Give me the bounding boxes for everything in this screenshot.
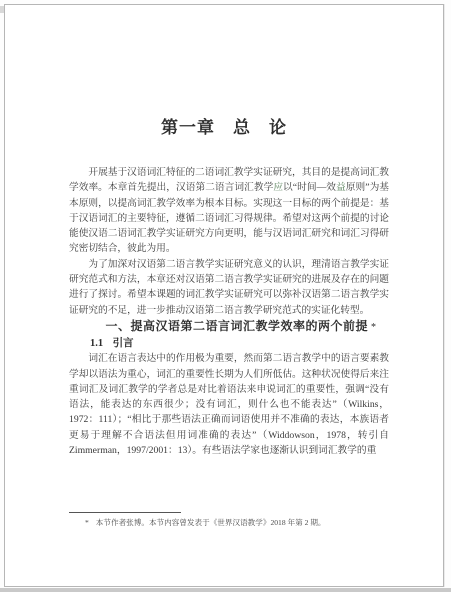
footnote-text: 本节作者张博。本节内容曾发表于《世界汉语教学》2018 年第 2 期。	[96, 518, 326, 527]
section-heading: 一、提高汉语第二语言词汇教学效率的两个前提 *	[69, 318, 389, 336]
subsection-number: 1.1	[90, 338, 103, 349]
paragraph-3: 词汇在语言表达中的作用极为重要，然而第二语言教学中的语言要素教学却以语法为重心，…	[69, 351, 389, 458]
scan-edge-strip	[0, 588, 451, 592]
scanned-document-canvas: 第一章 总 论 开展基于汉语词汇特征的二语词汇教学实证研究，其目的是提高词汇教学…	[0, 0, 451, 592]
footnote-area: *本节作者张博。本节内容曾发表于《世界汉语教学》2018 年第 2 期。	[69, 512, 389, 528]
paragraph-1-segment: 以“时间—效	[283, 182, 336, 193]
section-heading-footnote-asterisk: *	[368, 322, 377, 333]
book-page: 第一章 总 论 开展基于汉语词汇特征的二语词汇教学实证研究，其目的是提高词汇教学…	[4, 4, 444, 587]
subsection-heading: 1.1引言	[69, 336, 389, 351]
subsection-label: 引言	[113, 338, 134, 349]
footnote-marker: *	[85, 518, 89, 527]
paragraph-1: 开展基于汉语词汇特征的二语词汇教学实证研究，其目的是提高词汇教学效率。本章首先提…	[69, 165, 389, 257]
footnote-line: *本节作者张博。本节内容曾发表于《世界汉语教学》2018 年第 2 期。	[69, 517, 389, 528]
paragraph-2: 为了加深对汉语第二语言教学实证研究意义的认识，理清语言教学实证研究范式和方法，本…	[69, 257, 389, 318]
body-text-block: 开展基于汉语词汇特征的二语词汇教学实证研究，其目的是提高词汇教学效率。本章首先提…	[69, 165, 389, 458]
footnote-separator-rule	[69, 512, 181, 513]
paragraph-1-green-char-ying: 应	[273, 182, 283, 193]
chapter-title: 第一章 总 论	[5, 113, 443, 138]
section-heading-text: 一、提高汉语第二语言词汇教学效率的两个前提	[105, 319, 368, 333]
paragraph-1-green-char-yi: 益	[336, 182, 346, 193]
